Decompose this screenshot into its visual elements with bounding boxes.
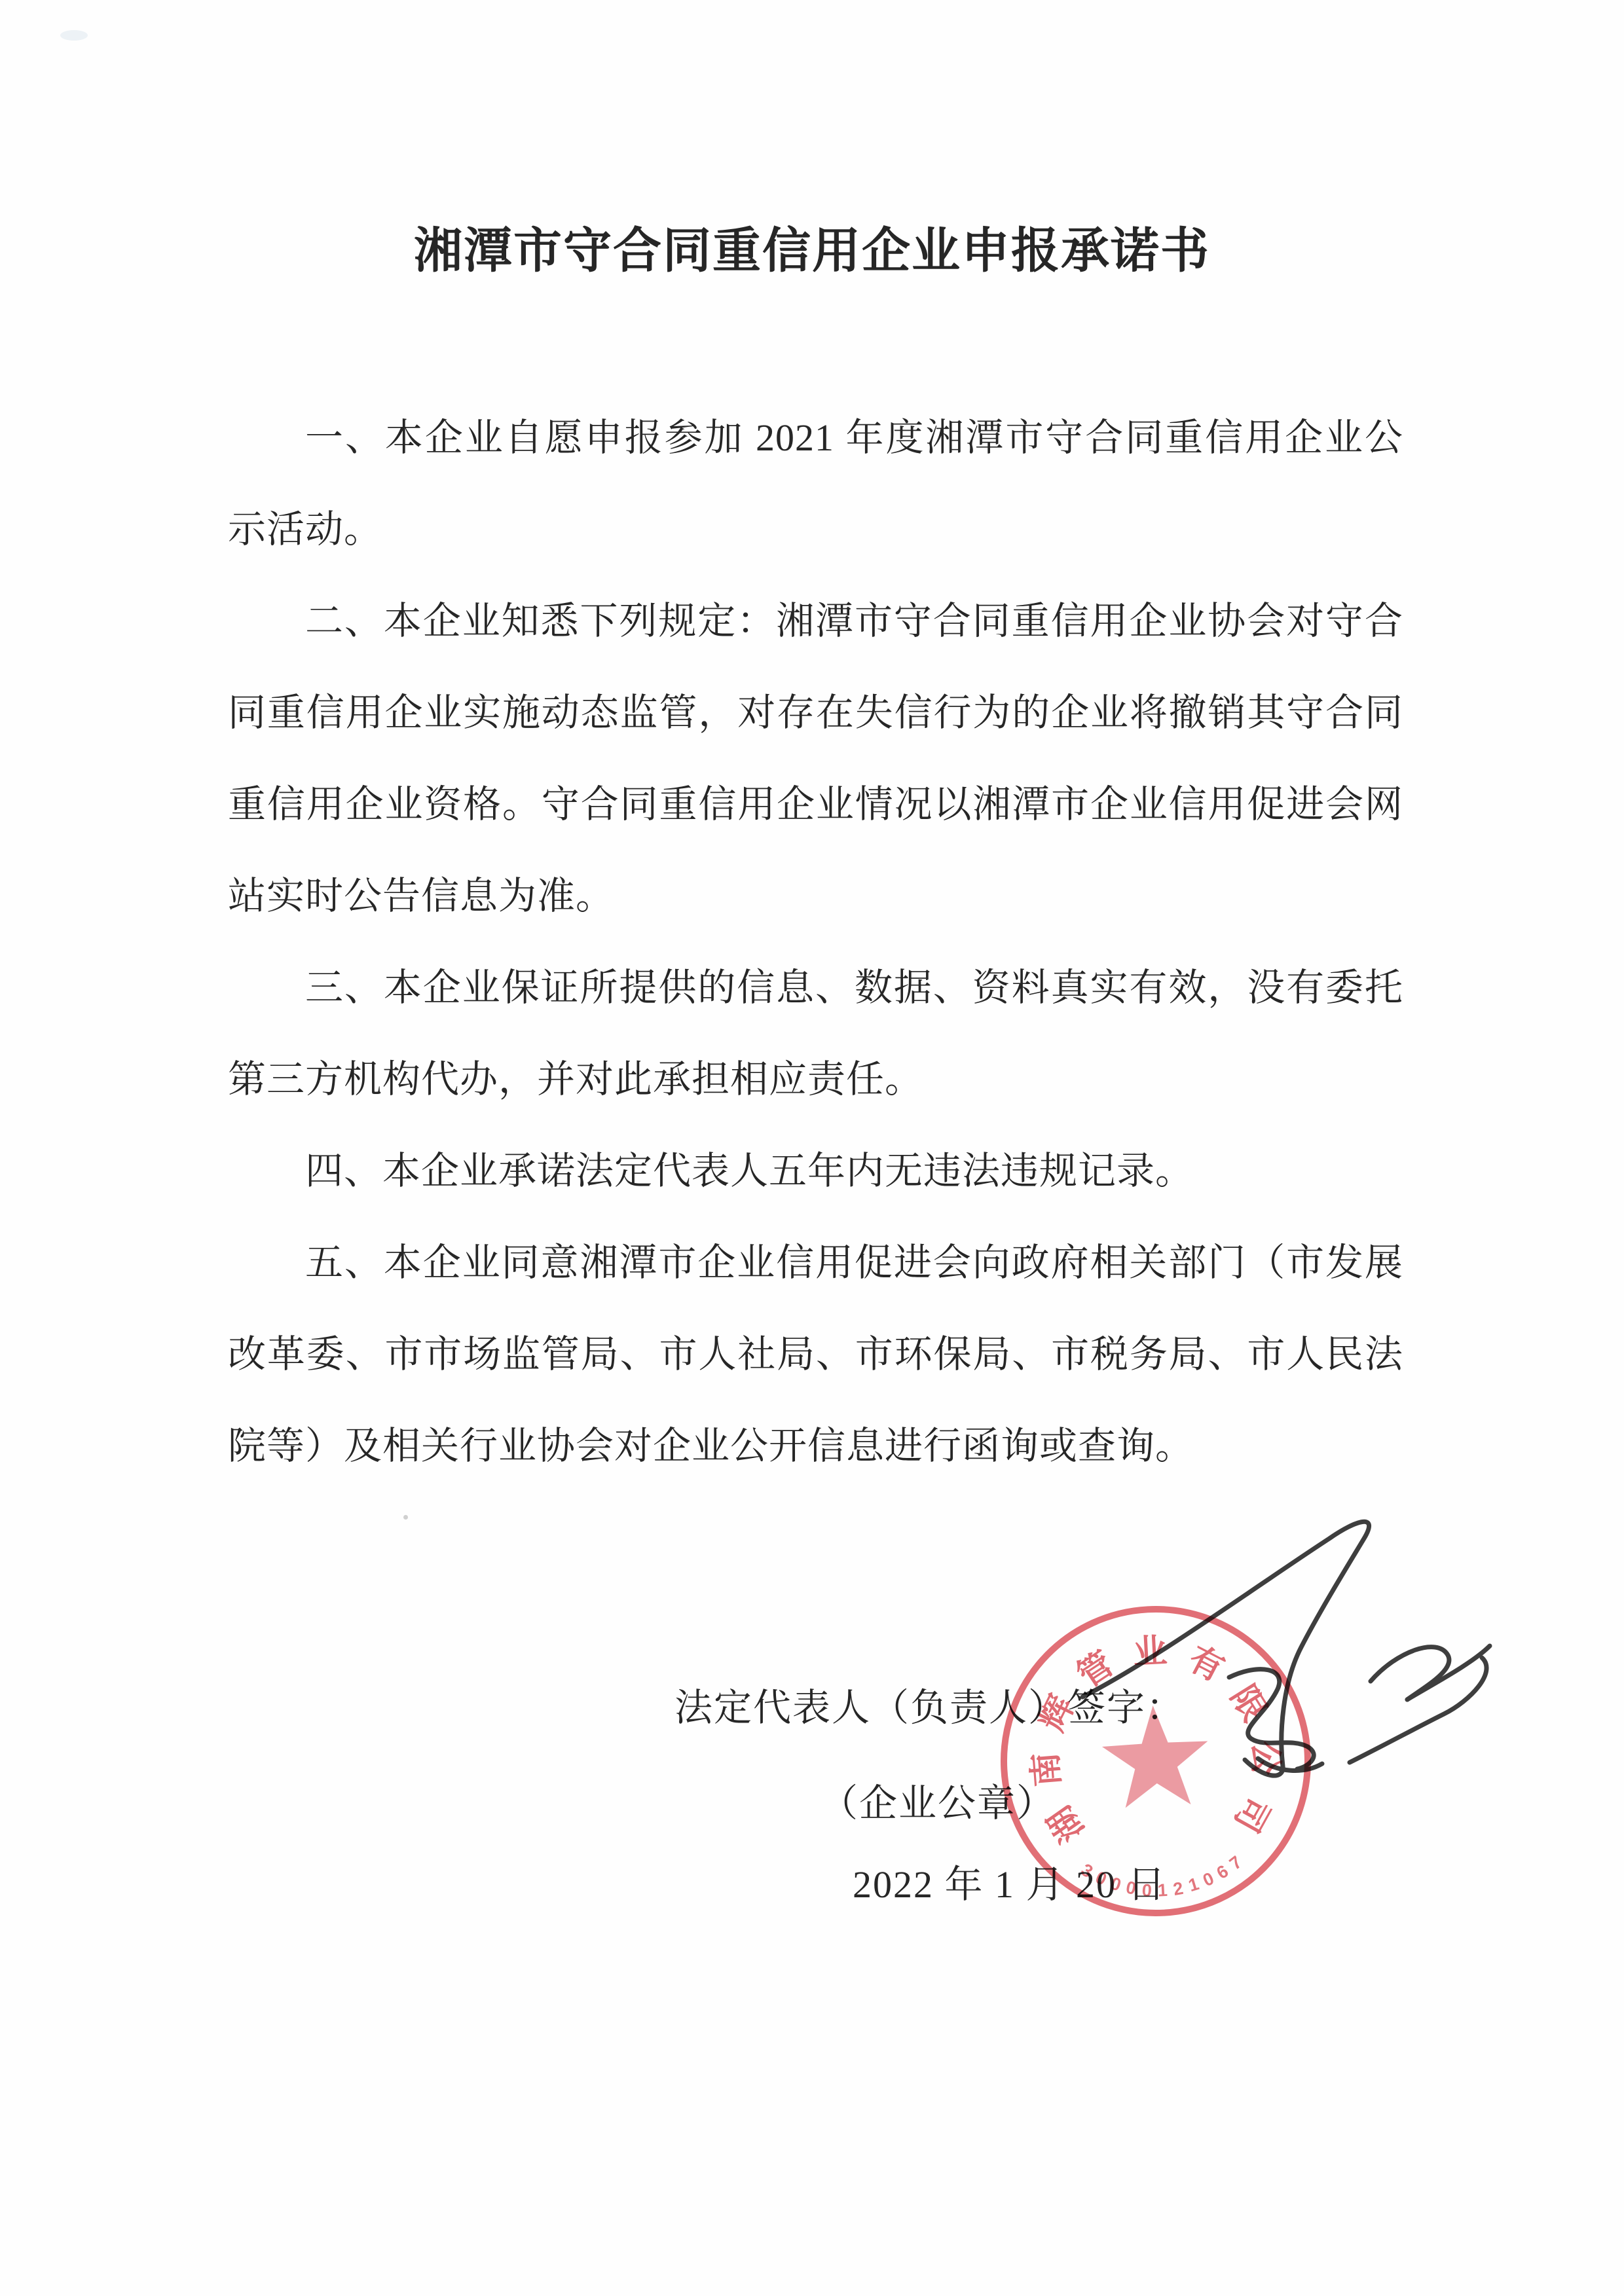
handwritten-signature (1058, 1473, 1516, 1787)
body-line: 站实时公告信息为准。 (228, 850, 1403, 942)
body-line: 四、本企业承诺法定代表人五年内无违法违规记录。 (228, 1125, 1403, 1217)
signature-stroke (1229, 1669, 1314, 1769)
scan-dot (403, 1515, 408, 1520)
body-line: 第三方机构代办，并对此承担相应责任。 (228, 1034, 1403, 1125)
body-line: 重信用企业资格。守合同重信用企业情况以湘潭市企业信用促进会网 (228, 759, 1403, 850)
body-line: 同重信用企业实施动态监管，对存在失信行为的企业将撤销其守合同 (228, 667, 1403, 759)
body-line: 改革委、市市场监管局、市人社局、市环保局、市税务局、市人民法 (228, 1309, 1403, 1400)
scan-smudge (60, 30, 88, 41)
body-line: 示活动。 (228, 484, 1403, 575)
signature-stroke (1350, 1658, 1486, 1762)
body-line: 五、本企业同意湘潭市企业信用促进会向政府相关部门（市发展 (228, 1217, 1403, 1309)
seal-serial-digit: 1 (1157, 1882, 1168, 1900)
document-title: 湘潭市守合同重信用企业申报承诺书 (0, 227, 1624, 275)
scanned-document-page: 湘潭市守合同重信用企业申报承诺书 一、本企业自愿申报参加 2021 年度湘潭市守… (0, 0, 1624, 2296)
body-line: 三、本企业保证所提供的信息、数据、资料真实有效，没有委托 (228, 942, 1403, 1034)
signature-stroke (1371, 1647, 1449, 1700)
body-line: 一、本企业自愿申报参加 2021 年度湘潭市守合同重信用企业公 (228, 392, 1403, 484)
seal-serial-digit: 0 (1141, 1882, 1153, 1900)
body-line: 二、本企业知悉下列规定：湘潭市守合同重信用企业协会对守合 (228, 575, 1403, 667)
signature-stroke (1082, 1522, 1369, 1776)
body-lines: 一、本企业自愿申报参加 2021 年度湘潭市守合同重信用企业公示活动。二、本企业… (228, 392, 1403, 1492)
